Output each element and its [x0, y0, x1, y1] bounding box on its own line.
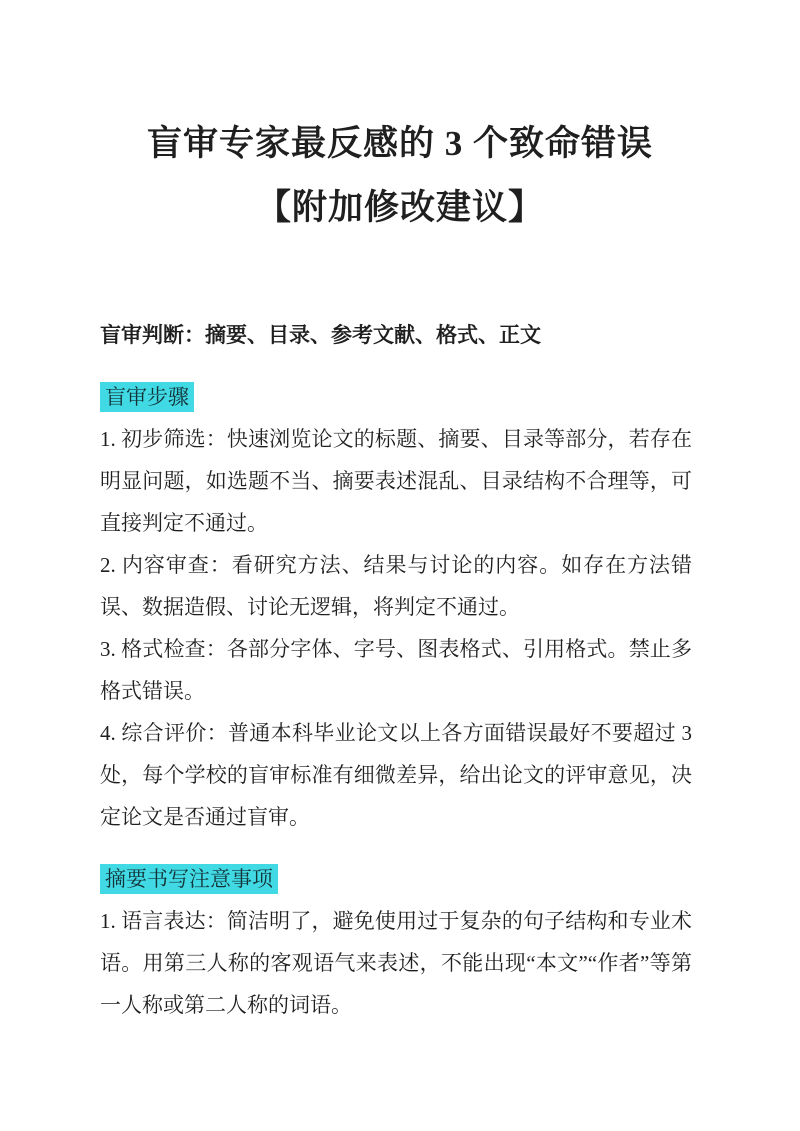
section-blind-review-steps: 盲审步骤 1. 初步筛选：快速浏览论文的标题、摘要、目录等部分，若存在明显问题，… [100, 376, 692, 838]
heading-row-abstract-notes: 摘要书写注意事项 [100, 858, 692, 900]
heading-row-review-steps: 盲审步骤 [100, 376, 692, 418]
title-line-1: 盲审专家最反感的 3 个致命错误 [0, 112, 800, 176]
paragraph-step-2: 2. 内容审查：看研究方法、结果与讨论的内容。如存在方法错误、数据造假、讨论无逻… [100, 544, 692, 628]
document-page: 盲审专家最反感的 3 个致命错误 【附加修改建议】 盲审判断：摘要、目录、参考文… [0, 0, 800, 1131]
section-heading-review-steps: 盲审步骤 [100, 382, 194, 412]
paragraph-step-4: 4. 综合评价：普通本科毕业论文以上各方面错误最好不要超过 3 处，每个学校的盲… [100, 712, 692, 838]
paragraph-step-1: 1. 初步筛选：快速浏览论文的标题、摘要、目录等部分，若存在明显问题，如选题不当… [100, 418, 692, 544]
intro-line: 盲审判断：摘要、目录、参考文献、格式、正文 [100, 314, 692, 356]
paragraph-step-3: 3. 格式检查：各部分字体、字号、图表格式、引用格式。禁止多格式错误。 [100, 628, 692, 712]
section-abstract-writing-notes: 摘要书写注意事项 1. 语言表达：简洁明了，避免使用过于复杂的句子结构和专业术语… [100, 858, 692, 1026]
document-body: 盲审判断：摘要、目录、参考文献、格式、正文 盲审步骤 1. 初步筛选：快速浏览论… [0, 314, 800, 1026]
section-heading-abstract-notes: 摘要书写注意事项 [100, 864, 278, 894]
document-title: 盲审专家最反感的 3 个致命错误 【附加修改建议】 [0, 0, 800, 240]
title-line-2: 【附加修改建议】 [0, 176, 800, 240]
paragraph-abstract-1: 1. 语言表达：简洁明了，避免使用过于复杂的句子结构和专业术语。用第三人称的客观… [100, 900, 692, 1026]
